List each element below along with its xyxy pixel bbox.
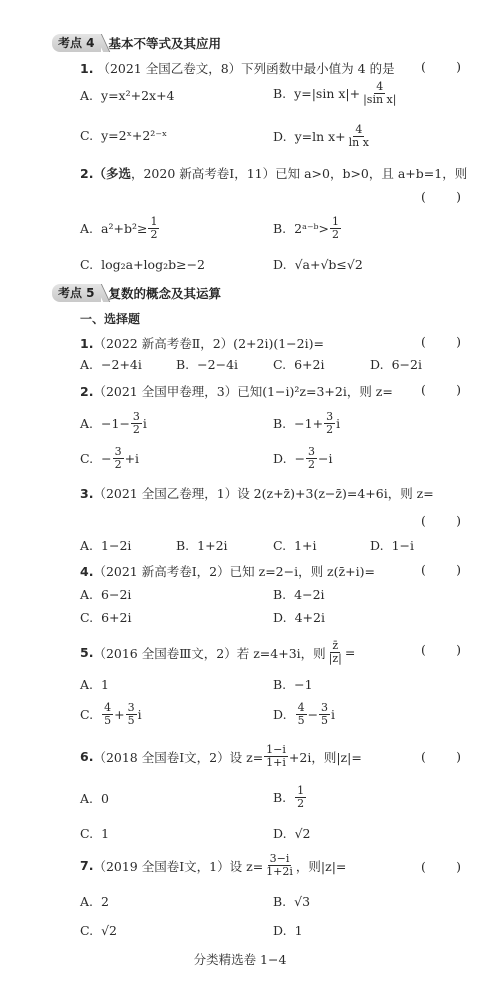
fraction: 12 bbox=[148, 216, 159, 241]
answer-paren[interactable]: () bbox=[421, 189, 461, 204]
question-stem: 1.（2022 新高考卷Ⅱ，2）(2+2i)(1−2i)= bbox=[80, 334, 324, 352]
option-c[interactable]: C.6+2i bbox=[80, 610, 131, 625]
answer-paren[interactable]: () bbox=[421, 513, 461, 528]
option-c[interactable]: C. 45+ 35i bbox=[80, 702, 142, 727]
fraction: 4ln x bbox=[347, 124, 371, 149]
option-c[interactable]: C.6+2i bbox=[273, 357, 324, 372]
section-badge: 考点 5 bbox=[52, 284, 101, 302]
question-stem: 2.（2021 全国甲卷理，3）已知(1−i)²z=3+2i，则 z= bbox=[80, 382, 393, 400]
option-b[interactable]: B.−1+ 32i bbox=[273, 411, 340, 436]
answer-paren[interactable]: () bbox=[421, 749, 461, 764]
option-d[interactable]: D.√2 bbox=[273, 826, 310, 841]
option-b[interactable]: B.−2−4i bbox=[176, 357, 238, 372]
option-c[interactable]: C. log₂a+log₂b≥−2 bbox=[80, 257, 205, 272]
answer-paren[interactable]: () bbox=[421, 59, 461, 74]
option-b[interactable]: B. y=|sin x|+ 4|sin x| bbox=[273, 81, 399, 106]
fraction: 4|sin x| bbox=[361, 81, 398, 106]
option-d[interactable]: D.6−2i bbox=[370, 357, 422, 372]
option-d[interactable]: D.1−i bbox=[370, 538, 414, 553]
answer-paren[interactable]: () bbox=[421, 859, 461, 874]
answer-paren[interactable]: () bbox=[421, 562, 461, 577]
option-a[interactable]: A. a²+b²≥ 12 bbox=[80, 216, 160, 241]
option-b[interactable]: B. 12 bbox=[273, 785, 307, 810]
section-header-4: 考点 4 基本不等式及其应用 bbox=[52, 34, 221, 52]
option-a[interactable]: A.−1− 32i bbox=[80, 411, 147, 436]
answer-paren[interactable]: () bbox=[421, 334, 461, 349]
option-d[interactable]: D.− 32−i bbox=[273, 446, 333, 471]
question-stem: 1. （2021 全国乙卷文，8）下列函数中最小值为 4 的是 bbox=[80, 59, 395, 77]
option-b[interactable]: B.−1 bbox=[273, 677, 313, 692]
option-d[interactable]: D.4+2i bbox=[273, 610, 325, 625]
option-a[interactable]: A. y=x²+2x+4 bbox=[80, 88, 175, 103]
option-b[interactable]: B.1+2i bbox=[176, 538, 228, 553]
section-title: 基本不等式及其应用 bbox=[109, 34, 222, 52]
question-stem: 2.（多选，2020 新高考卷Ⅰ，11）已知 a>0，b>0，且 a+b=1，则 bbox=[80, 164, 467, 182]
subheading: 一、选择题 bbox=[80, 310, 140, 327]
question-stem: 5.（2016 全国卷Ⅲ文，2）若 z=4+3i，则 z̄|z|= bbox=[80, 640, 355, 665]
answer-paren[interactable]: () bbox=[421, 642, 461, 657]
option-a[interactable]: A.−2+4i bbox=[80, 357, 142, 372]
option-b[interactable]: B.4−2i bbox=[273, 587, 325, 602]
option-c[interactable]: C.1 bbox=[80, 826, 109, 841]
section-badge: 考点 4 bbox=[52, 34, 101, 52]
fraction: 12 bbox=[330, 216, 341, 241]
option-c[interactable]: C.− 32+i bbox=[80, 446, 139, 471]
option-a[interactable]: A.6−2i bbox=[80, 587, 131, 602]
option-a[interactable]: A.1−2i bbox=[80, 538, 131, 553]
option-d[interactable]: D.1 bbox=[273, 923, 303, 938]
section-header-5: 考点 5 复数的概念及其运算 bbox=[52, 284, 221, 302]
option-c[interactable]: C. y=2ˣ+2²⁻ˣ bbox=[80, 128, 167, 143]
option-b[interactable]: B.√3 bbox=[273, 894, 310, 909]
section-title: 复数的概念及其运算 bbox=[109, 284, 222, 302]
page-footer: 分类精选卷 1−4 bbox=[0, 950, 480, 968]
option-d[interactable]: D. y=ln x+ 4ln x bbox=[273, 124, 372, 149]
option-a[interactable]: A.1 bbox=[80, 677, 109, 692]
question-stem: 7.（2019 全国卷Ⅰ文，1）设 z= 3−i1+2i，则|z|= bbox=[80, 853, 346, 878]
question-stem: 4.（2021 新高考卷Ⅰ，2）已知 z=2−i，则 z(z̄+i)= bbox=[80, 562, 375, 580]
option-c[interactable]: C.1+i bbox=[273, 538, 317, 553]
option-a[interactable]: A.2 bbox=[80, 894, 109, 909]
option-d[interactable]: D. 45− 35i bbox=[273, 702, 335, 727]
question-stem: 6.（2018 全国卷Ⅰ文，2）设 z= 1−i1+i+2i，则|z|= bbox=[80, 744, 362, 769]
option-b[interactable]: B. 2ᵃ⁻ᵇ> 12 bbox=[273, 216, 342, 241]
answer-paren[interactable]: () bbox=[421, 382, 461, 397]
option-a[interactable]: A.0 bbox=[80, 791, 109, 806]
option-c[interactable]: C.√2 bbox=[80, 923, 117, 938]
question-stem: 3.（2021 全国乙卷理，1）设 2(z+z̄)+3(z−z̄)=4+6i，则… bbox=[80, 484, 434, 502]
option-d[interactable]: D. √a+√b≤√2 bbox=[273, 257, 363, 272]
